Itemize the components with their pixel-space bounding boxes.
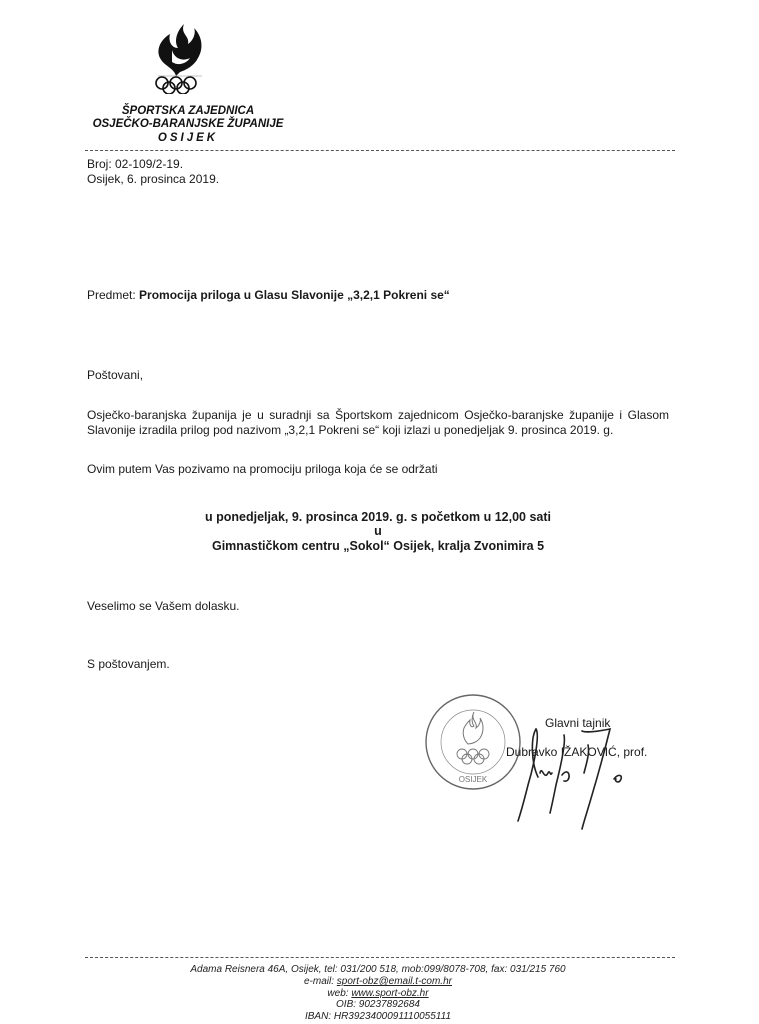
header-divider: [85, 150, 675, 151]
footer-web-link[interactable]: www.sport-obz.hr: [351, 988, 428, 999]
body-paragraph-1: Osječko-baranjska županija je u suradnji…: [87, 408, 669, 437]
event-date-time: u ponedjeljak, 9. prosinca 2019. g. s po…: [87, 510, 669, 524]
greeting: Poštovani,: [87, 368, 143, 382]
regards-line: S poštovanjem.: [87, 657, 170, 671]
subject-line: Predmet: Promocija priloga u Glasu Slavo…: [87, 288, 450, 302]
footer-web-label: web:: [327, 988, 348, 999]
footer-iban: IBAN: HR3923400091110055111: [87, 1011, 669, 1023]
reference-number: Broj: 02-109/2-19.: [87, 157, 183, 171]
svg-text:OSIJEK: OSIJEK: [459, 775, 488, 784]
place-date: Osijek, 6. prosinca 2019.: [87, 172, 219, 186]
event-location: Gimnastičkom centru „Sokol“ Osijek, kral…: [87, 539, 669, 553]
footer-address: Adama Reisnera 46A, Osijek, tel: 031/200…: [87, 964, 669, 976]
footer-email-line: e-mail: sport-obz@email.t-com.hr: [87, 976, 669, 988]
footer-email-link[interactable]: sport-obz@email.t-com.hr: [337, 976, 452, 987]
org-name-line2: OSJEČKO-BARANJSKE ŽUPANIJE: [82, 117, 294, 131]
footer-web-line: web: www.sport-obz.hr: [87, 988, 669, 1000]
closing-line: Veselimo se Vašem dolasku.: [87, 599, 240, 613]
handwritten-signature-icon: [510, 725, 670, 835]
subject-text: Promocija priloga u Glasu Slavonije „3,2…: [139, 288, 450, 302]
subject-label: Predmet:: [87, 288, 136, 302]
footer-divider: [85, 957, 675, 958]
body-paragraph-2: Ovim putem Vas pozivamo na promociju pri…: [87, 462, 438, 476]
event-connector: u: [87, 524, 669, 538]
org-city: OSIJEK: [88, 131, 288, 145]
footer-email-label: e-mail:: [304, 976, 334, 987]
org-name-line1: ŠPORTSKA ZAJEDNICA: [88, 104, 288, 118]
olympic-flame-rings-logo-icon: [150, 22, 210, 94]
footer-oib: OIB: 90237892684: [87, 999, 669, 1011]
